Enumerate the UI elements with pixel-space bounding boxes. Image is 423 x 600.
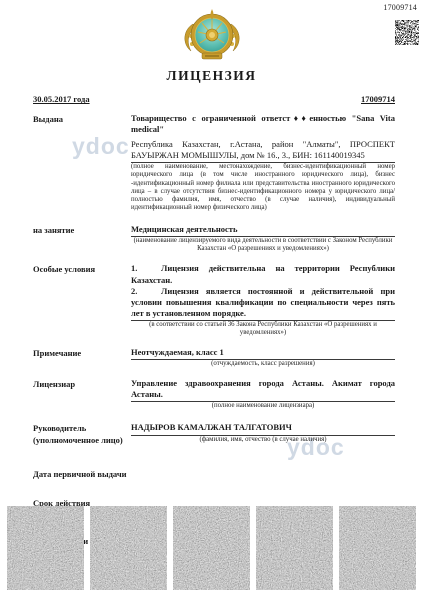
field-footnote: (фамилия, имя, отчество (в случае наличи… (131, 436, 395, 444)
field-label-line2: (уполномоченное лицо) (33, 435, 131, 446)
remark-value: Неотчуждаемая, класс 1 (131, 347, 395, 360)
field-licensor: Лицензиар Управление здравоохранения гор… (33, 378, 395, 410)
field-label: Дата первичной выдачи (33, 468, 193, 480)
condition-text: Лицензия является постоянной и действите… (131, 286, 395, 318)
condition-item-2: 2.Лицензия является постоянной и действи… (131, 286, 395, 321)
field-remark: Примечание Неотчуждаемая, класс 1 (отчуж… (33, 347, 395, 368)
field-label: Примечание (33, 347, 131, 359)
qr-code-icon (394, 19, 420, 46)
noise-block (90, 506, 167, 590)
field-activity: на занятие Медицинская деятельность (наи… (33, 224, 395, 253)
condition-number: 2. (131, 286, 161, 297)
field-label: Выдана (33, 113, 131, 125)
field-label: Особые условия (33, 263, 131, 275)
field-special-conditions: Особые условия 1.Лицензия действительна … (33, 263, 395, 337)
field-footnote: (в соответствии со статьей 36 Закона Рес… (131, 321, 395, 337)
licensee-name: Товарищество с ограниченной ответст♦♦енн… (131, 113, 395, 135)
condition-item-1: 1.Лицензия действительна на территории Р… (131, 263, 395, 285)
field-footnote: (отчуждаемость, класс разрешения) (131, 360, 395, 368)
document-title: ЛИЦЕНЗИЯ (0, 68, 423, 84)
activity-value: Медицинская деятельность (131, 224, 395, 237)
license-number: 17009714 (361, 94, 395, 104)
noise-block (7, 506, 84, 590)
corner-document-number: 17009714 (383, 3, 417, 12)
noise-block (173, 506, 250, 590)
kazakhstan-emblem-icon (180, 8, 244, 69)
field-label-line1: Руководитель (33, 423, 131, 434)
field-label: на занятие (33, 224, 131, 236)
field-label: Лицензиар (33, 378, 131, 390)
signature-noise-blocks (7, 506, 416, 590)
condition-number: 1. (131, 263, 161, 274)
head-name: НАДЫРОВ КАМАЛЖАН ТАЛГАТОВИЧ (131, 422, 395, 435)
license-document-page: 17009714 (0, 0, 423, 600)
licensor-value: Управление здравоохранения города Астаны… (131, 378, 395, 402)
condition-text: Лицензия действительна на территории Рес… (131, 263, 395, 284)
licensee-address: Республика Казахстан, г.Астана, район "А… (131, 139, 395, 163)
issue-date: 30.05.2017 года (33, 94, 90, 104)
field-footnote: (полное наименование лицензиара) (131, 402, 395, 410)
field-label: Руководитель (уполномоченное лицо) (33, 422, 131, 446)
noise-block (256, 506, 333, 590)
field-head: Руководитель (уполномоченное лицо) НАДЫР… (33, 422, 395, 446)
noise-block (339, 506, 416, 590)
date-number-row: 30.05.2017 года 17009714 (33, 94, 395, 104)
license-fields: Выдана Товарищество с ограниченной ответ… (33, 113, 395, 547)
field-issued-to: Выдана Товарищество с ограниченной ответ… (33, 113, 395, 212)
field-footnote: (наименование лицензируемого вида деятел… (131, 237, 395, 253)
field-first-issue-date: Дата первичной выдачи (33, 468, 395, 480)
field-footnote: (полное наименование, местонахождение, б… (131, 163, 395, 212)
